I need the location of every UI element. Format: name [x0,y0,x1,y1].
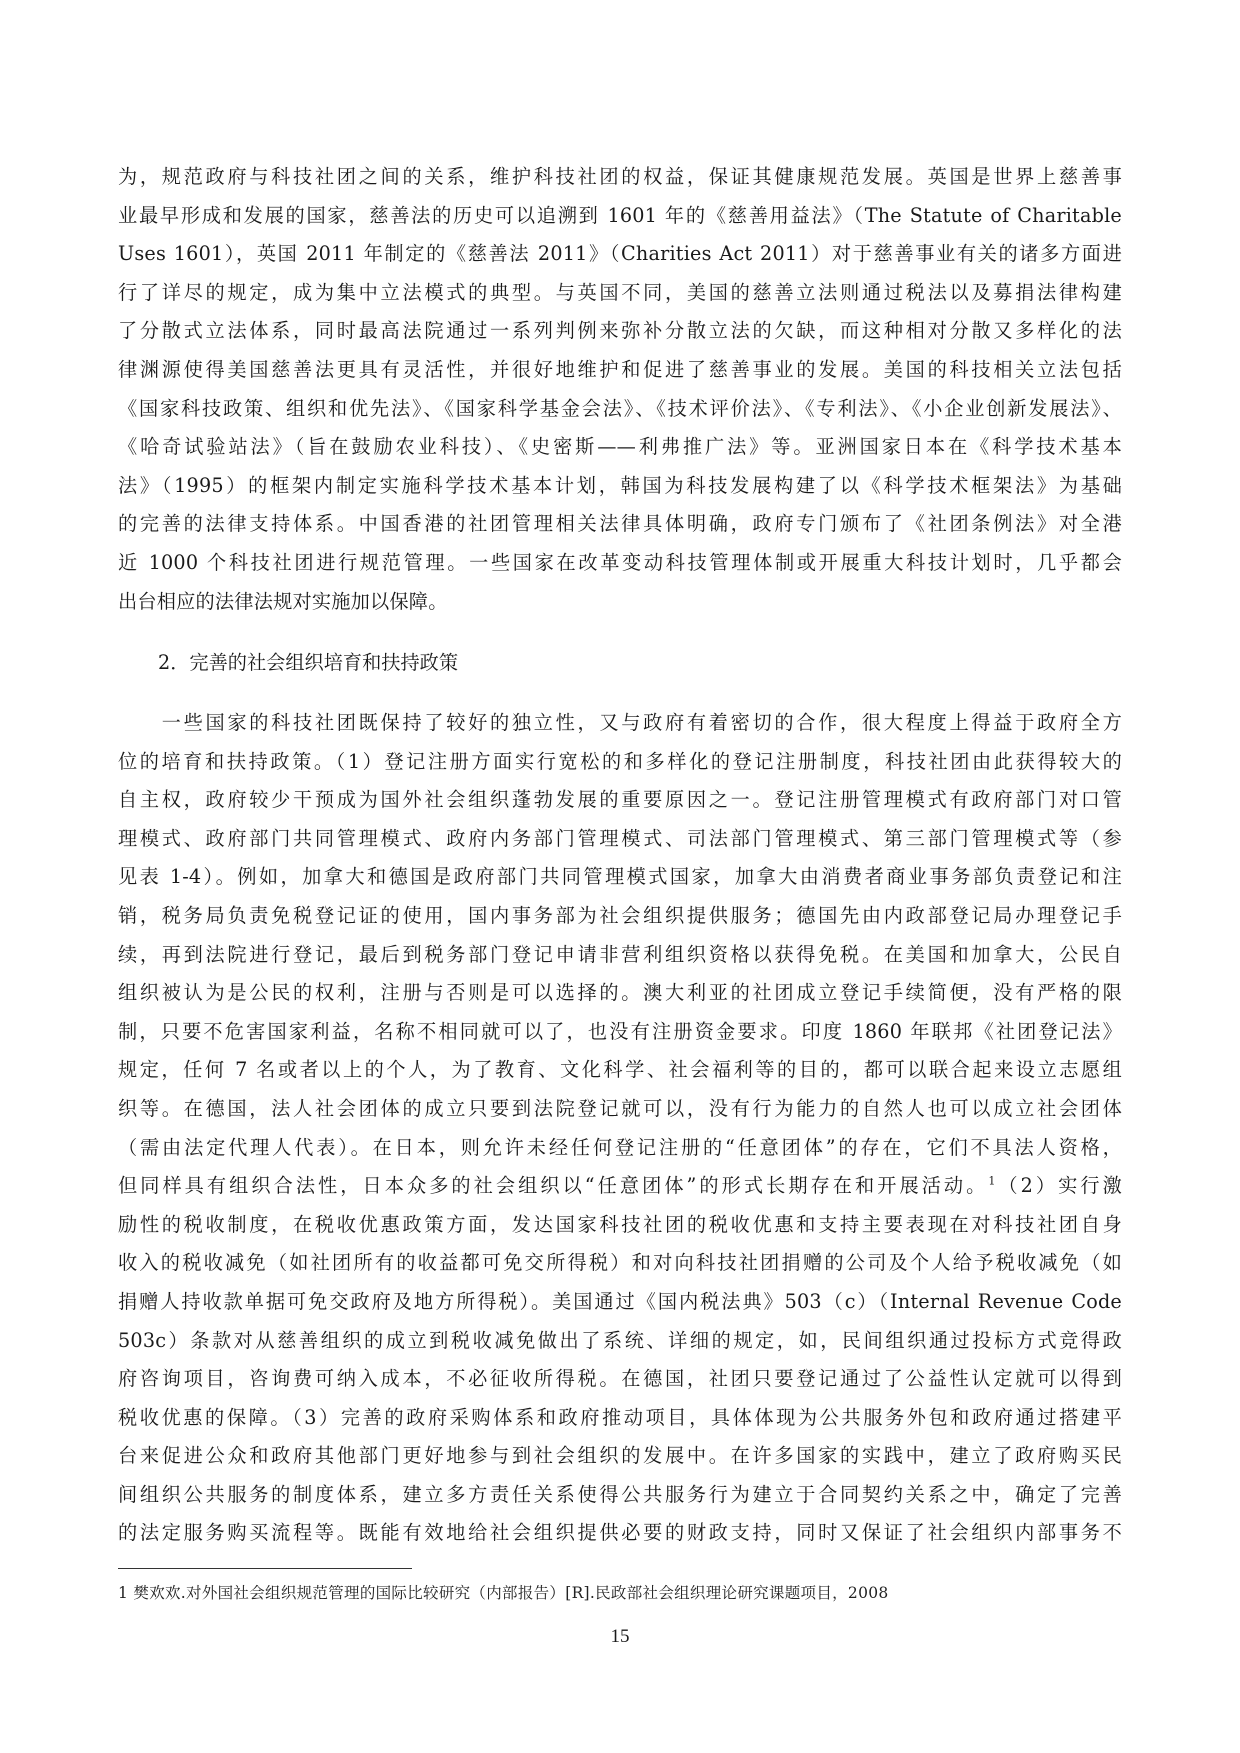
body-paragraph-support-policies: 一些国家的科技社团既保持了较好的独立性，又与政府有着密切的合作，很大程度上得益于… [118,704,1122,1553]
text-line: 税收优惠的保障。（3）完善的政府采购体系和政府推动项目，具体体现为公共服务外包和… [118,1399,1122,1438]
text-segment: 但同样具有组织合法性，日本众多的社会组织以“任意团体”的形式长期存在和开展活动。 [118,1174,988,1197]
footnote: 1 樊欢欢.对外国社会组织规范管理的国际比较研究（内部报告）[R].民政部社会组… [118,1580,889,1606]
section-heading: 2．完善的社会组织培育和扶持政策 [158,648,458,678]
text-line: 《国家科技政策、组织和优先法》、《国家科学基金会法》、《技术评价法》、《专利法》… [118,390,1122,429]
text-line: 律渊源使得美国慈善法更具有灵活性，并很好地维护和促进了慈善事业的发展。美国的科技… [118,351,1122,390]
body-paragraph-continuation: 为，规范政府与科技社团之间的关系，维护科技社团的权益，保证其健康规范发展。英国是… [118,158,1122,621]
text-line: 行了详尽的规定，成为集中立法模式的典型。与英国不同，美国的慈善立法则通过税法以及… [118,274,1122,313]
text-line: 《哈奇试验站法》（旨在鼓励农业科技）、《史密斯——利弗推广法》等。亚洲国家日本在… [118,428,1122,467]
text-line: 了分散式立法体系，同时最高法院通过一系列判例来弥补分散立法的欠缺，而这种相对分散… [118,312,1122,351]
text-line: （需由法定代理人代表）。在日本，则允许未经任何登记注册的“任意团体”的存在，它们… [118,1129,1122,1168]
text-line: 销，税务局负责免税登记证的使用，国内事务部为社会组织提供服务；德国先由内政部登记… [118,897,1122,936]
text-line: 续，再到法院进行登记，最后到税务部门登记申请非营利组织资格以获得免税。在美国和加… [118,936,1122,975]
text-line: 捐赠人持收款单据可免交政府及地方所得税）。美国通过《国内税法典》503（c）（I… [118,1283,1122,1322]
footnote-text: 樊欢欢.对外国社会组织规范管理的国际比较研究（内部报告）[R].民政部社会组织理… [133,1584,888,1602]
footnote-divider [118,1568,412,1569]
text-line: 间组织公共服务的制度体系，建立多方责任关系使得公共服务行为建立于合同契约关系之中… [118,1476,1122,1515]
text-line: 收入的税收减免（如社团所有的收益都可免交所得税）和对向科技社团捐赠的公司及个人给… [118,1244,1122,1283]
footnote-number: 1 [118,1584,128,1602]
footnote-reference[interactable]: 1 [988,1175,995,1188]
text-line: 业最早形成和发展的国家，慈善法的历史可以追溯到 1601 年的《慈善用益法》（T… [118,197,1122,236]
text-line: 织等。在德国，法人社会团体的成立只要到法院登记就可以，没有行为能力的自然人也可以… [118,1090,1122,1129]
text-line: 近 1000 个科技社团进行规范管理。一些国家在改革变动科技管理体制或开展重大科… [118,544,1122,583]
text-line: Uses 1601），英国 2011 年制定的《慈善法 2011》（Charit… [118,235,1122,274]
text-line: 法》（1995）的框架内制定实施科学技术基本计划，韩国为科技发展构建了以《科学技… [118,467,1122,506]
text-line: 自主权，政府较少干预成为国外社会组织蓬勃发展的重要原因之一。登记注册管理模式有政… [118,781,1122,820]
page-number: 15 [0,1624,1240,1650]
text-line: 理模式、政府部门共同管理模式、政府内务部门管理模式、司法部门管理模式、第三部门管… [118,820,1122,859]
text-line: 规定，任何 7 名或者以上的个人，为了教育、文化科学、社会福利等的目的，都可以联… [118,1051,1122,1090]
text-segment: （2）实行激 [996,1174,1122,1197]
text-line: 一些国家的科技社团既保持了较好的独立性，又与政府有着密切的合作，很大程度上得益于… [118,704,1122,743]
text-line: 制，只要不危害国家利益，名称不相同就可以了，也没有注册资金要求。印度 1860 … [118,1013,1122,1052]
text-line: 的完善的法律支持体系。中国香港的社团管理相关法律具体明确，政府专门颁布了《社团条… [118,505,1122,544]
text-line: 台来促进公众和政府其他部门更好地参与到社会组织的发展中。在许多国家的实践中，建立… [118,1437,1122,1476]
text-line: 为，规范政府与科技社团之间的关系，维护科技社团的权益，保证其健康规范发展。英国是… [118,158,1122,197]
text-line: 组织被认为是公民的权利，注册与否则是可以选择的。澳大利亚的社团成立登记手续简便，… [118,974,1122,1013]
text-line: 位的培育和扶持政策。（1）登记注册方面实行宽松的和多样化的登记注册制度，科技社团… [118,743,1122,782]
text-line: 的法定服务购买流程等。既能有效地给社会组织提供必要的财政支持，同时又保证了社会组… [118,1514,1122,1553]
text-line: 府咨询项目，咨询费可纳入成本，不必征收所得税。在德国，社团只要登记通过了公益性认… [118,1360,1122,1399]
text-line: 见表 1-4）。例如，加拿大和德国是政府部门共同管理模式国家，加拿大由消费者商业… [118,858,1122,897]
text-line-with-footnote: 但同样具有组织合法性，日本众多的社会组织以“任意团体”的形式长期存在和开展活动。… [118,1167,1122,1206]
document-page: 为，规范政府与科技社团之间的关系，维护科技社团的权益，保证其健康规范发展。英国是… [0,0,1240,1753]
text-line: 503c）条款对从慈善组织的成立到税收减免做出了系统、详细的规定，如，民间组织通… [118,1322,1122,1361]
text-line: 励性的税收制度，在税收优惠政策方面，发达国家科技社团的税收优惠和支持主要表现在对… [118,1206,1122,1245]
text-line: 出台相应的法律法规对实施加以保障。 [118,583,1122,622]
